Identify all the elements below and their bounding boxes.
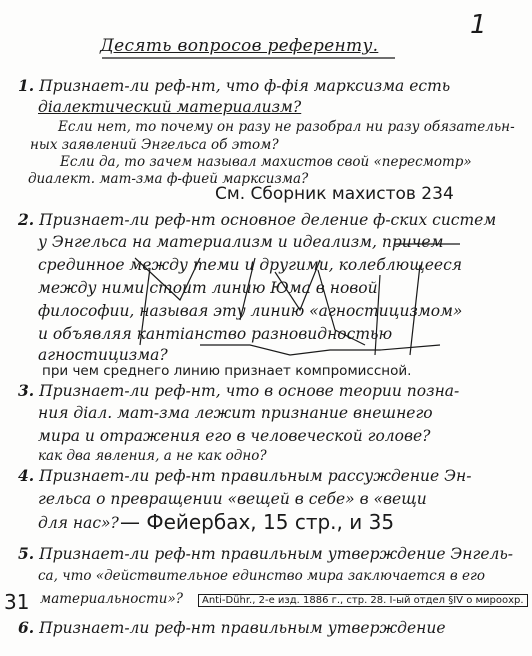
question-line: Признает-ли реф-нт, что ф-фія марксизма … — [39, 77, 450, 95]
question-line: са, что «действительное единство мира за… — [38, 570, 485, 584]
question-line: ния діал. мат-зма лежит признание внешне… — [38, 406, 433, 422]
question-line: философии, называя эту линию «агностициз… — [38, 304, 462, 320]
question-line: при чем среднего линию признает компроми… — [42, 365, 411, 379]
question-line: у Энгельса на материализм и идеализм, пр… — [38, 235, 443, 251]
question-line: для нас»? — [38, 516, 119, 532]
question-line: Признает-ли реф-нт основное деление ф-ск… — [39, 211, 496, 229]
question-number: 3. — [18, 381, 34, 400]
question-line: ных заявлений Энгельса об этом? — [30, 139, 279, 153]
question-line: Признает-ли реф-нт правильным утверждени… — [39, 545, 513, 563]
question-number: 6. — [18, 618, 34, 637]
margin-number: 31 — [4, 592, 29, 612]
reference-insert: См. Сборник махистов 234 — [215, 186, 454, 203]
page-title: Десять вопросов референту. — [100, 38, 378, 55]
question-line: как два явления, а не как одно? — [38, 450, 267, 464]
question-line: Если да, то зачем называл махистов свой … — [60, 156, 472, 170]
question-line: материальности»? — [40, 593, 183, 607]
question-line: и объявляя кантіанство разновидностью — [38, 327, 392, 343]
question-line: гельса о превращении «вещей в себе» в «в… — [38, 492, 427, 508]
page-number-mark: 1 — [470, 12, 487, 38]
question-line: мира и отражения его в человеческой голо… — [38, 429, 431, 445]
question-line: Признает-ли реф-нт правильным утверждени… — [39, 619, 445, 637]
question-line: срединное между теми и другими, колеблющ… — [38, 258, 462, 274]
question-line: діалектический материализм? — [38, 100, 301, 116]
question-line: Признает-ли реф-нт правильным рассуждени… — [39, 467, 471, 485]
question-number: 2. — [18, 210, 34, 229]
question-number: 1. — [18, 76, 34, 95]
question-line: Если нет, то почему он разу не разобрал … — [58, 121, 515, 135]
manuscript-page: 1 Десять вопросов референту. 1. Признает… — [0, 0, 532, 656]
reference-insert: — Фейербах, 15 стр., и 35 — [120, 512, 394, 532]
citation-box: Anti-Dühr., 2-е изд. 1886 г., стр. 28. I… — [198, 594, 528, 607]
question-line: между ними стоит линию Юма в новой — [38, 281, 378, 297]
question-number: 5. — [18, 544, 34, 563]
question-line: агностицизма? — [38, 348, 168, 364]
question-line: Признает-ли реф-нт, что в основе теории … — [39, 382, 459, 400]
question-number: 4. — [18, 466, 34, 485]
